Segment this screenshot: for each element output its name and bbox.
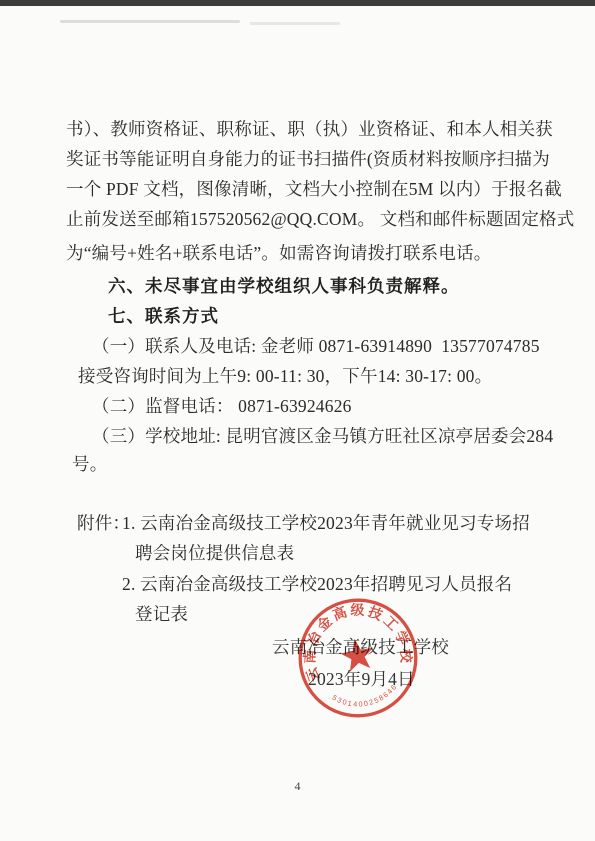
paragraph-line: 一个 PDF 文档，图像清晰，文档大小控制在5M 以内）于报名截 — [66, 178, 562, 200]
contact-line: 接受咨询时间为上午9: 00-11: 30，下午14: 30-17: 00。 — [78, 365, 492, 387]
official-seal: 云南冶金高级技工学校 5301400258646 — [284, 584, 432, 732]
scan-edge-bar — [0, 0, 595, 6]
section-heading-seven: 七、联系方式 — [108, 305, 219, 327]
contact-line: （二）监督电话： 0871-63924626 — [92, 395, 352, 417]
attachment-item-1: 1. 云南冶金高级技工学校2023年青年就业见习专场招 — [122, 512, 530, 534]
paragraph-line: 为“编号+姓名+联系电话”。如需咨询请拨打联系电话。 — [66, 242, 491, 264]
paragraph-line: 奖证书等能证明自身能力的证书扫描件(资质材料按顺序扫描为 — [66, 148, 550, 170]
contact-line: （一）联系人及电话: 金老师 0871-63914890 13577074785 — [92, 335, 540, 357]
page-number: 4 — [0, 779, 595, 794]
seal-ring-text-holder: 云南冶金高级技工学校 — [292, 592, 417, 684]
paragraph-line: 书）、教师资格证、职称证、职（执）业资格证、和本人相关获 — [66, 118, 553, 140]
attachment-item-2-cont: 登记表 — [135, 603, 188, 625]
seal-star-icon — [338, 636, 376, 673]
paragraph-line: 止前发送至邮箱157520562@QQ.COM。 文档和邮件标题固定格式 — [66, 208, 574, 230]
contact-line: 号。 — [72, 453, 107, 475]
seal-serial-holder: 5301400258646 — [329, 681, 401, 714]
section-heading-six: 六、未尽事宜由学校组织人事科负责解释。 — [108, 275, 460, 297]
contact-line: （三）学校地址: 昆明官渡区金马镇方旺社区凉亭居委会284 — [92, 425, 553, 447]
scan-smudge — [250, 22, 340, 25]
seal-ring-text: 云南冶金高级技工学校 — [292, 592, 417, 684]
seal-serial-number: 5301400258646 — [329, 681, 401, 714]
attachment-item-1-cont: 聘会岗位提供信息表 — [135, 542, 294, 564]
attachment-item-2: 2. 云南冶金高级技工学校2023年招聘见习人员报名 — [122, 573, 512, 595]
scanned-document-page: 书）、教师资格证、职称证、职（执）业资格证、和本人相关获 奖证书等能证明自身能力… — [0, 0, 595, 841]
scan-smudge — [60, 20, 240, 23]
